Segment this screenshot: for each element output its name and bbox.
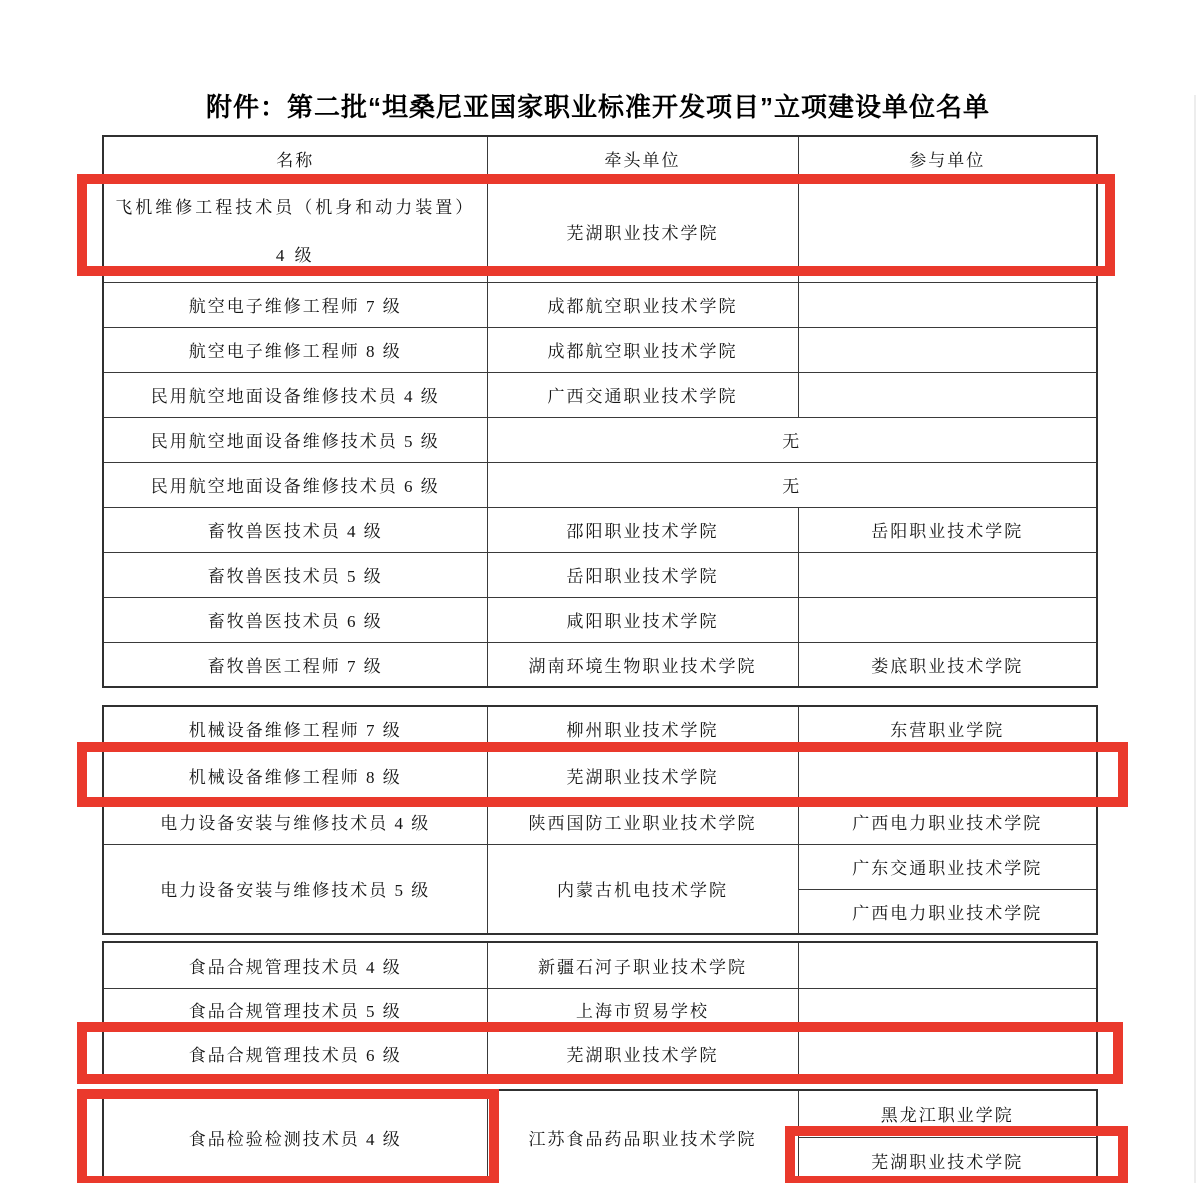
table-section-3: 食品合规管理技术员 4 级新疆石河子职业技术学院食品合规管理技术员 5 级上海市… [102, 941, 1098, 1079]
cell-participant-unit [798, 552, 1097, 597]
cell-name: 食品合规管理技术员 6 级 [103, 1030, 487, 1078]
cell-lead-unit: 咸阳职业技术学院 [487, 597, 798, 642]
table-row: 航空电子维修工程师 7 级成都航空职业技术学院 [103, 282, 1097, 327]
table-row: 畜牧兽医技术员 6 级咸阳职业技术学院 [103, 597, 1097, 642]
cell-participant-unit [798, 942, 1097, 988]
cell-lead-unit: 成都航空职业技术学院 [487, 282, 798, 327]
cell-lead-unit: 陕西国防工业职业技术学院 [487, 799, 798, 844]
table-header-row: 名称 牵头单位 参与单位 [103, 136, 1097, 181]
cell-merged-none: 无 [487, 417, 1097, 462]
cell-lead-unit: 新疆石河子职业技术学院 [487, 942, 798, 988]
table-row: 畜牧兽医技术员 4 级邵阳职业技术学院岳阳职业技术学院 [103, 507, 1097, 552]
cell-name: 畜牧兽医工程师 7 级 [103, 642, 487, 687]
cell-participant-unit: 东营职业学院 [798, 706, 1097, 751]
cell-participant-unit [798, 372, 1097, 417]
cell-participant-unit: 岳阳职业技术学院 [798, 507, 1097, 552]
cell-lead-unit: 内蒙古机电技术学院 [487, 844, 798, 934]
cell-participant-unit: 娄底职业技术学院 [798, 642, 1097, 687]
cell-participant-unit [798, 282, 1097, 327]
table-row: 食品合规管理技术员 4 级新疆石河子职业技术学院 [103, 942, 1097, 988]
table-row: 民用航空地面设备维修技术员 5 级无 [103, 417, 1097, 462]
table-row: 飞机维修工程技术员（机身和动力装置）4 级芜湖职业技术学院 [103, 181, 1097, 282]
cell-lead-unit: 岳阳职业技术学院 [487, 552, 798, 597]
standards-table: 食品合规管理技术员 4 级新疆石河子职业技术学院食品合规管理技术员 5 级上海市… [102, 941, 1098, 1079]
cell-name: 航空电子维修工程师 8 级 [103, 327, 487, 372]
page-title: 附件：第二批“坦桑尼亚国家职业标准开发项目”立项建设单位名单 [0, 90, 1196, 124]
standards-table: 机械设备维修工程师 7 级柳州职业技术学院东营职业学院机械设备维修工程师 8 级… [102, 705, 1098, 935]
table-section-2: 机械设备维修工程师 7 级柳州职业技术学院东营职业学院机械设备维修工程师 8 级… [102, 705, 1098, 935]
table-row: 食品检验检测技术员 4 级江苏食品药品职业技术学院黑龙江职业学院 [103, 1090, 1097, 1137]
cell-name: 食品检验检测技术员 4 级 [103, 1090, 487, 1183]
cell-participant-unit [798, 751, 1097, 799]
table-row: 食品合规管理技术员 5 级上海市贸易学校 [103, 988, 1097, 1030]
table-row: 畜牧兽医技术员 5 级岳阳职业技术学院 [103, 552, 1097, 597]
cell-participant-unit: 芜湖职业技术学院 [798, 1137, 1097, 1183]
table-row: 民用航空地面设备维修技术员 4 级广西交通职业技术学院 [103, 372, 1097, 417]
cell-name: 畜牧兽医技术员 6 级 [103, 597, 487, 642]
table-section-4: 食品检验检测技术员 4 级江苏食品药品职业技术学院黑龙江职业学院芜湖职业技术学院 [102, 1089, 1098, 1183]
cell-lead-unit: 柳州职业技术学院 [487, 706, 798, 751]
table-row: 机械设备维修工程师 7 级柳州职业技术学院东营职业学院 [103, 706, 1097, 751]
cell-name: 民用航空地面设备维修技术员 4 级 [103, 372, 487, 417]
cell-merged-none: 无 [487, 462, 1097, 507]
cell-participant-unit [798, 597, 1097, 642]
cell-participant-unit [798, 988, 1097, 1030]
table-row: 机械设备维修工程师 8 级芜湖职业技术学院 [103, 751, 1097, 799]
cell-lead-unit: 芜湖职业技术学院 [487, 751, 798, 799]
cell-name: 飞机维修工程技术员（机身和动力装置）4 级 [103, 181, 487, 282]
cell-participant-unit: 广西电力职业技术学院 [798, 889, 1097, 934]
cell-lead-unit: 芜湖职业技术学院 [487, 181, 798, 282]
cell-participant-unit [798, 327, 1097, 372]
cell-lead-unit: 芜湖职业技术学院 [487, 1030, 798, 1078]
cell-name: 机械设备维修工程师 8 级 [103, 751, 487, 799]
table-row: 畜牧兽医工程师 7 级湖南环境生物职业技术学院娄底职业技术学院 [103, 642, 1097, 687]
standards-table: 食品检验检测技术员 4 级江苏食品药品职业技术学院黑龙江职业学院芜湖职业技术学院 [102, 1089, 1098, 1183]
table-row: 食品合规管理技术员 6 级芜湖职业技术学院 [103, 1030, 1097, 1078]
cell-lead-unit: 湖南环境生物职业技术学院 [487, 642, 798, 687]
cell-lead-unit: 广西交通职业技术学院 [487, 372, 798, 417]
table-header: 名称 牵头单位 参与单位 [103, 136, 1097, 181]
cell-name: 民用航空地面设备维修技术员 5 级 [103, 417, 487, 462]
cell-name: 民用航空地面设备维修技术员 6 级 [103, 462, 487, 507]
table-row: 电力设备安装与维修技术员 4 级陕西国防工业职业技术学院广西电力职业技术学院 [103, 799, 1097, 844]
column-header-name: 名称 [103, 136, 487, 181]
cell-lead-unit: 邵阳职业技术学院 [487, 507, 798, 552]
table-row: 电力设备安装与维修技术员 5 级内蒙古机电技术学院广东交通职业技术学院 [103, 844, 1097, 889]
cell-name: 畜牧兽医技术员 4 级 [103, 507, 487, 552]
cell-name: 食品合规管理技术员 5 级 [103, 988, 487, 1030]
column-header-participant-unit: 参与单位 [798, 136, 1097, 181]
standards-table: 名称 牵头单位 参与单位 飞机维修工程技术员（机身和动力装置）4 级芜湖职业技术… [102, 135, 1098, 688]
cell-participant-unit: 黑龙江职业学院 [798, 1090, 1097, 1137]
cell-participant-unit: 广西电力职业技术学院 [798, 799, 1097, 844]
table-section-1: 名称 牵头单位 参与单位 飞机维修工程技术员（机身和动力装置）4 级芜湖职业技术… [102, 135, 1098, 688]
table-row: 民用航空地面设备维修技术员 6 级无 [103, 462, 1097, 507]
cell-name: 机械设备维修工程师 7 级 [103, 706, 487, 751]
cell-name: 食品合规管理技术员 4 级 [103, 942, 487, 988]
cell-lead-unit: 上海市贸易学校 [487, 988, 798, 1030]
cell-name: 畜牧兽医技术员 5 级 [103, 552, 487, 597]
table-row: 航空电子维修工程师 8 级成都航空职业技术学院 [103, 327, 1097, 372]
cell-lead-unit: 江苏食品药品职业技术学院 [487, 1090, 798, 1183]
page-edge-line [1194, 95, 1196, 1183]
cell-name: 航空电子维修工程师 7 级 [103, 282, 487, 327]
cell-participant-unit [798, 1030, 1097, 1078]
cell-name: 电力设备安装与维修技术员 5 级 [103, 844, 487, 934]
cell-participant-unit: 广东交通职业技术学院 [798, 844, 1097, 889]
column-header-lead-unit: 牵头单位 [487, 136, 798, 181]
cell-participant-unit [798, 181, 1097, 282]
cell-name: 电力设备安装与维修技术员 4 级 [103, 799, 487, 844]
cell-lead-unit: 成都航空职业技术学院 [487, 327, 798, 372]
